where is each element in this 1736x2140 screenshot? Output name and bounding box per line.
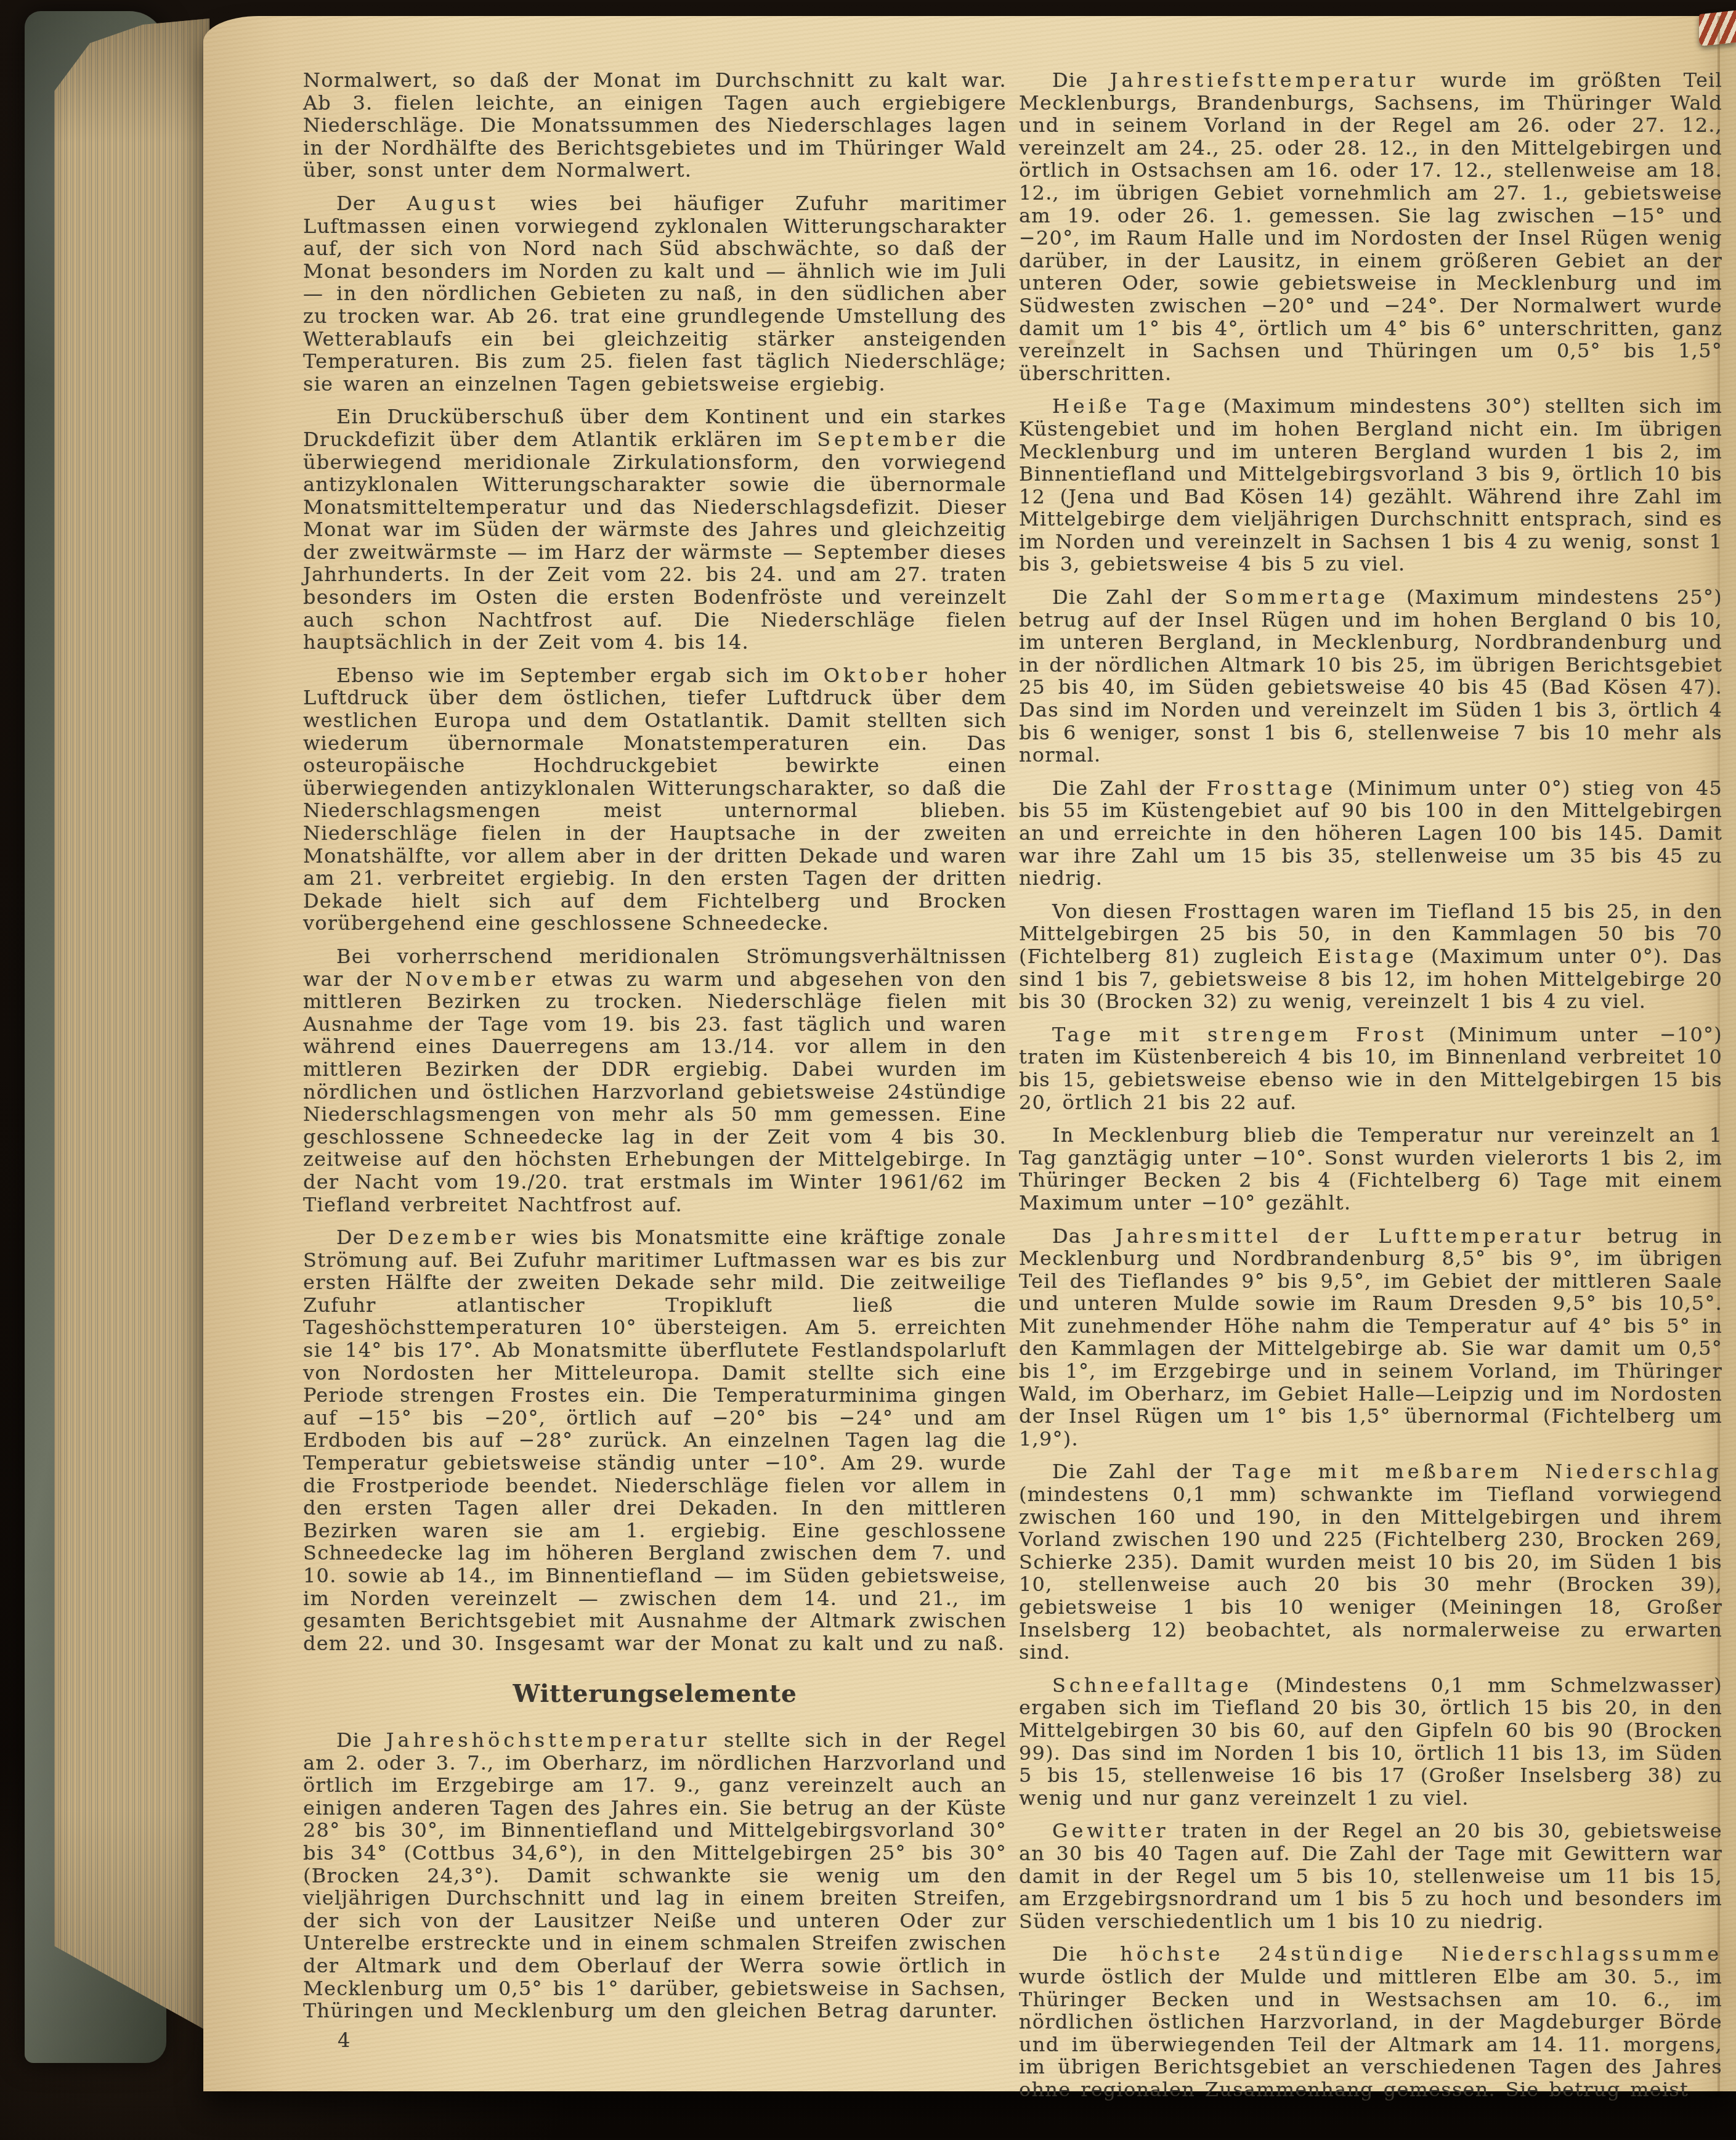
text-run: Die: [336, 1728, 386, 1752]
emphasized-term: Schneefalltage: [1052, 1674, 1252, 1697]
emphasized-term: Jahresmittel der Lufttemperatur: [1115, 1224, 1584, 1248]
emphasized-term: Jahrestiefsttemperatur: [1110, 68, 1419, 92]
text-run: wies bis Monatsmitte eine kräftige zonal…: [303, 1226, 1007, 1655]
text-run: Die Zahl der: [1052, 1460, 1233, 1483]
paragraph: Ebenso wie im September ergab sich im Ok…: [303, 664, 1007, 935]
paragraph: Normalwert, so daß der Monat im Durchsch…: [303, 69, 1007, 182]
emphasized-term: November: [405, 967, 539, 991]
text-run: Die Zahl der: [1052, 776, 1206, 800]
emphasized-term: Frosttage: [1206, 776, 1336, 800]
paragraph: Die Jahreshöchsttemperatur stellte sich …: [303, 1729, 1007, 2022]
text-area: Normalwert, so daß der Monat im Durchsch…: [303, 69, 1722, 2111]
column-left-content: Normalwert, so daß der Monat im Durchsch…: [303, 69, 1007, 2111]
text-run: Das: [1052, 1224, 1115, 1248]
paragraph: Der Dezember wies bis Monatsmitte eine k…: [303, 1226, 1007, 1654]
text-run: wurde östlich der Mulde und mittleren El…: [1019, 1965, 1722, 2101]
text-run: Der: [336, 192, 407, 215]
text-run: Normalwert, so daß der Monat im Durchsch…: [303, 68, 1007, 182]
paragraph: Die höchste 24stündige Niederschlagssumm…: [1019, 1943, 1722, 2101]
text-run: wies bei häufiger Zufuhr maritimer Luftm…: [303, 192, 1007, 396]
text-run: wurde im größten Teil Mecklenburgs, Bran…: [1019, 68, 1722, 385]
book-scan: Normalwert, so daß der Monat im Durchsch…: [0, 0, 1736, 2140]
paragraph: Bei vorherrschend meridionalen Strömungs…: [303, 945, 1007, 1216]
text-run: Die: [1052, 1942, 1120, 1966]
emphasized-term: Sommertage: [1225, 585, 1389, 609]
paragraph: Tage mit strengem Frost (Minimum unter −…: [1019, 1023, 1722, 1113]
emphasized-term: August: [407, 192, 499, 215]
emphasized-term: Dezember: [388, 1226, 519, 1249]
emphasized-term: September: [817, 428, 959, 451]
paragraph: Von diesen Frosttagen waren im Tiefland …: [1019, 900, 1722, 1013]
paragraph: Ein Drucküberschuß über dem Kontinent un…: [303, 405, 1007, 654]
emphasized-term: Tage mit meßbarem Niederschlag: [1233, 1460, 1722, 1483]
text-run: (Maximum mindestens 25°) betrug auf der …: [1019, 585, 1722, 767]
paragraph: Heiße Tage (Maximum mindestens 30°) stel…: [1019, 395, 1722, 576]
paragraph: Die Jahrestiefsttemperatur wurde im größ…: [1019, 69, 1722, 384]
paragraph: Das Jahresmittel der Lufttemperatur betr…: [1019, 1225, 1722, 1450]
page-edge-stack: [38, 18, 209, 2098]
text-run: In Mecklenburg blieb die Temperatur nur …: [1019, 1123, 1722, 1214]
paragraph: Schneefalltage (Mindestens 0,1 mm Schmel…: [1019, 1674, 1722, 1810]
emphasized-term: Jahreshöchsttemperatur: [386, 1728, 710, 1752]
text-run: Die: [1052, 68, 1110, 92]
text-run: Der: [336, 1226, 388, 1249]
text-run: (mindestens 0,1 mm) schwankte im Tieflan…: [1019, 1483, 1722, 1664]
text-run: stellte sich in der Regel am 2. oder 3. …: [303, 1728, 1007, 2022]
text-run: Die Zahl der: [1052, 585, 1225, 609]
paragraph: Die Zahl der Sommertage (Maximum mindest…: [1019, 586, 1722, 767]
emphasized-term: Eistage: [1317, 945, 1418, 968]
paragraph: Der August wies bei häufiger Zufuhr mari…: [303, 192, 1007, 395]
paragraph: In Mecklenburg blieb die Temperatur nur …: [1019, 1124, 1722, 1214]
page-number: 4: [338, 2028, 350, 2052]
text-run: die überwiegend meridionale Zirkulations…: [303, 428, 1007, 654]
text-run: hoher Luftdruck über dem östlichen, tief…: [303, 664, 1007, 935]
emphasized-term: Tage mit strengem Frost: [1052, 1023, 1427, 1046]
emphasized-term: Gewitter: [1052, 1819, 1169, 1842]
paragraph: Gewitter traten in der Regel an 20 bis 3…: [1019, 1820, 1722, 1932]
text-run: (Maximum mindestens 30°) stellten sich i…: [1019, 394, 1722, 576]
text-run: etwas zu warm und abgesehen von den mitt…: [303, 967, 1007, 1216]
paragraph: Die Zahl der Frosttage (Minimum unter 0°…: [1019, 777, 1722, 890]
emphasized-term: Heiße Tage: [1052, 394, 1209, 418]
column-right-content: Die Jahrestiefsttemperatur wurde im größ…: [1019, 69, 1722, 2111]
emphasized-term: Oktober: [824, 664, 931, 687]
emphasized-term: höchste 24stündige Niederschlagssumme: [1120, 1942, 1722, 1966]
section-heading: Witterungselemente: [303, 1683, 1007, 1706]
text-run: Ebenso wie im September ergab sich im: [336, 664, 824, 687]
text-run: betrug in Mecklenburg und Nordbrandenbur…: [1019, 1224, 1722, 1450]
paragraph: Die Zahl der Tage mit meßbarem Niedersch…: [1019, 1460, 1722, 1663]
